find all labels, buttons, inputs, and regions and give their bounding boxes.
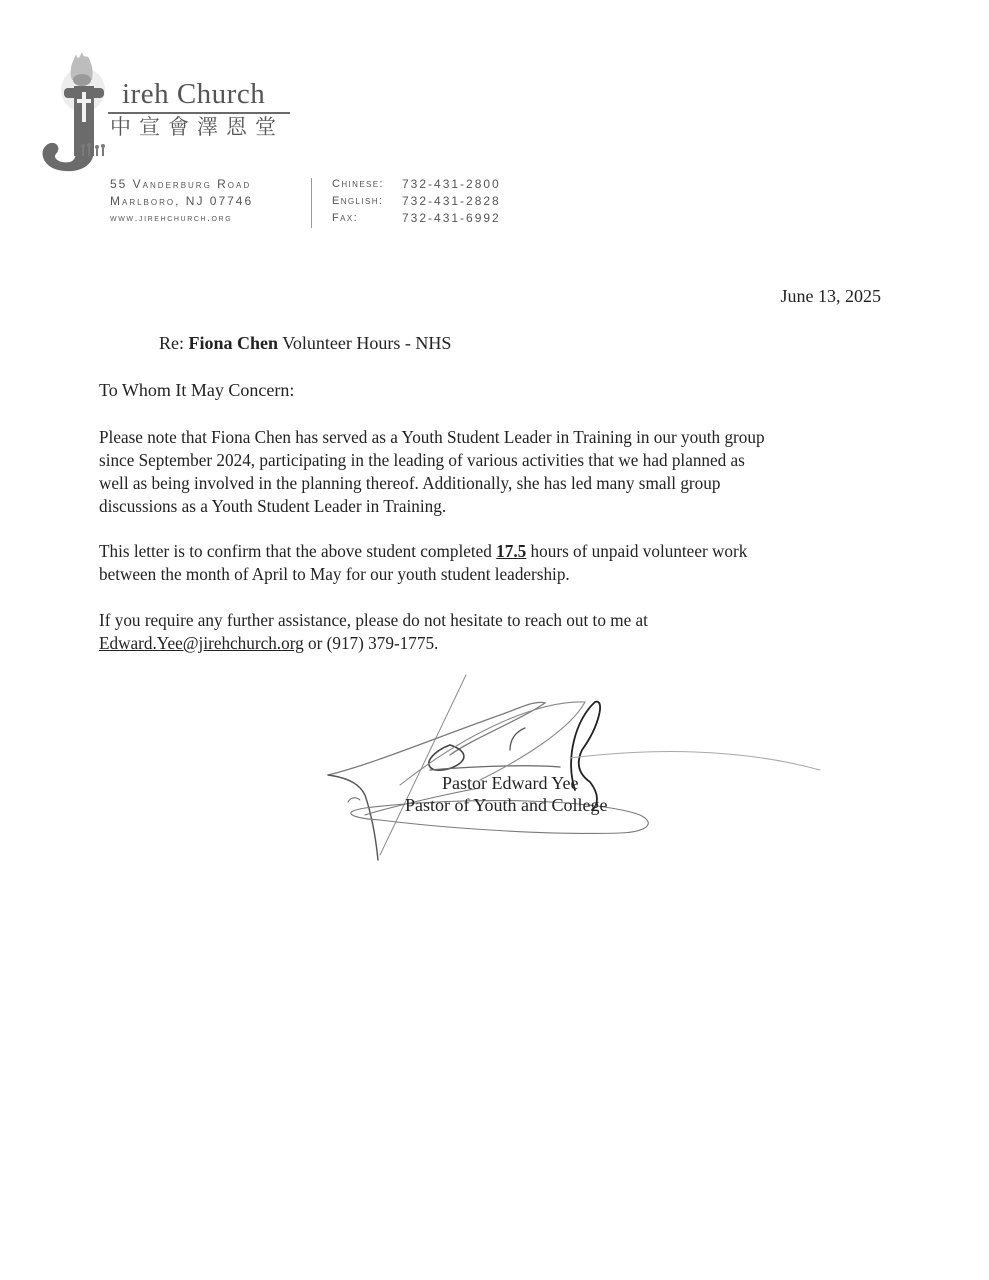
paragraph-line: well as being involved in the planning t… xyxy=(99,472,863,495)
salutation: To Whom It May Concern: xyxy=(99,380,294,401)
volunteer-hours: 17.5 xyxy=(496,541,526,561)
contact-label: Fax: xyxy=(332,210,402,227)
hours-suffix: hours of unpaid volunteer work xyxy=(526,541,747,561)
signer-name: Pastor Edward Yee xyxy=(442,773,579,794)
paragraph-line: If you require any further assistance, p… xyxy=(99,609,863,632)
handwritten-signature-icon xyxy=(320,670,840,870)
paragraph-line: discussions as a Youth Student Leader in… xyxy=(99,495,863,518)
subject-suffix: Volunteer Hours - NHS xyxy=(278,333,451,353)
paragraph-service: Please note that Fiona Chen has served a… xyxy=(99,426,863,518)
contact-value: 732-431-2800 xyxy=(402,176,501,193)
contact-chinese: Chinese: 732-431-2800 xyxy=(332,176,501,193)
paragraph-line: This letter is to confirm that the above… xyxy=(99,540,863,563)
church-name-chinese: 中宣會澤恩堂 xyxy=(110,117,284,138)
paragraph-hours: This letter is to confirm that the above… xyxy=(99,540,863,586)
church-phone-numbers: Chinese: 732-431-2800 English: 732-431-2… xyxy=(332,176,501,227)
subject-prefix: Re: xyxy=(159,333,189,353)
paragraph-line: Please note that Fiona Chen has served a… xyxy=(99,426,863,449)
hours-prefix: This letter is to confirm that the above… xyxy=(99,541,496,561)
address-line-1: 55 Vanderburg Road xyxy=(110,176,253,193)
letter-date: June 13, 2025 xyxy=(781,286,882,307)
paragraph-line: since September 2024, participating in t… xyxy=(99,449,863,472)
student-name: Fiona Chen xyxy=(189,333,279,353)
church-name: ireh Church xyxy=(122,80,265,109)
contact-divider xyxy=(311,178,312,228)
contact-label: Chinese: xyxy=(332,176,402,193)
contact-english: English: 732-431-2828 xyxy=(332,193,501,210)
letter-page: ireh Church 中宣會澤恩堂 55 Vanderburg Road Ma… xyxy=(0,0,989,1280)
contact-value: 732-431-2828 xyxy=(402,193,501,210)
church-website: www.jirehchurch.org xyxy=(110,210,253,227)
phone-text: or (917) 379-1775. xyxy=(304,633,439,653)
paragraph-line: Edward.Yee@jirehchurch.org or (917) 379-… xyxy=(99,632,863,655)
church-address: 55 Vanderburg Road Marlboro, NJ 07746 ww… xyxy=(110,176,253,227)
letterhead-rule xyxy=(108,112,290,114)
address-line-2: Marlboro, NJ 07746 xyxy=(110,193,253,210)
contact-value: 732-431-6992 xyxy=(402,210,501,227)
contact-label: English: xyxy=(332,193,402,210)
letter-subject: Re: Fiona Chen Volunteer Hours - NHS xyxy=(159,333,451,354)
email-link[interactable]: Edward.Yee@jirehchurch.org xyxy=(99,633,304,653)
paragraph-contact: If you require any further assistance, p… xyxy=(99,609,863,655)
contact-fax: Fax: 732-431-6992 xyxy=(332,210,501,227)
paragraph-line: between the month of April to May for ou… xyxy=(99,563,863,586)
signer-title: Pastor of Youth and College xyxy=(405,795,608,816)
